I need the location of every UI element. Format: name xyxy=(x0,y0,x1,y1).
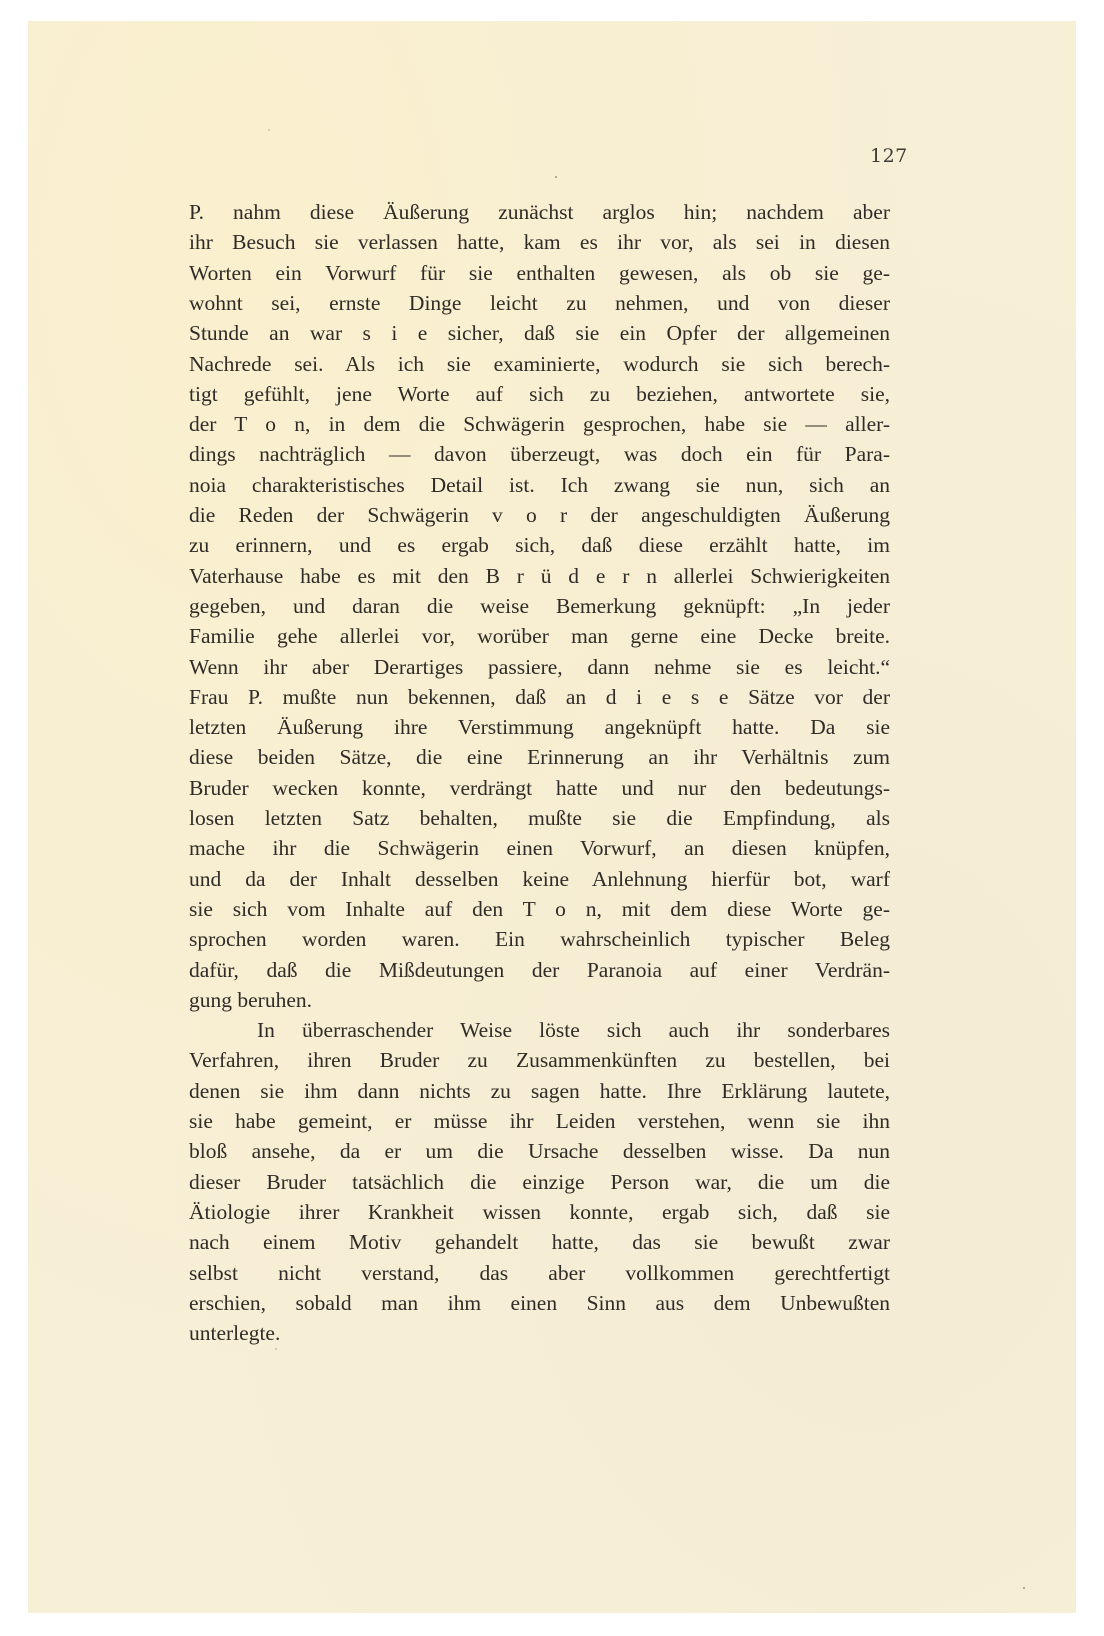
text-line: Verfahren, ihren Bruder zu Zusammenkünft… xyxy=(189,1045,890,1075)
text-line: zu erinnern, und es ergab sich, daß dies… xyxy=(189,530,890,560)
text-line: Familie gehe allerlei vor, worüber man g… xyxy=(189,621,890,651)
text-line: gung beruhen. xyxy=(189,985,890,1015)
text-line: noia charakteristisches Detail ist. Ich … xyxy=(189,470,890,500)
book-page: 127 P. nahm diese Äußerung zunächst argl… xyxy=(28,21,1076,1613)
text-line: die Reden der Schwägerin v o r der anges… xyxy=(189,500,890,530)
paper-speck xyxy=(1023,1587,1025,1589)
text-line: In überraschender Weise löste sich auch … xyxy=(189,1015,890,1045)
text-line: bloß ansehe, da er um die Ursache dessel… xyxy=(189,1136,890,1166)
text-line: sprochen worden waren. Ein wahrscheinlic… xyxy=(189,924,890,954)
text-line: denen sie ihm dann nichts zu sagen hatte… xyxy=(189,1076,890,1106)
text-line: sie habe gemeint, er müsse ihr Leiden ve… xyxy=(189,1106,890,1136)
text-line: Nachrede sei. Als ich sie examinierte, w… xyxy=(189,349,890,379)
text-line: Worten ein Vorwurf für sie enthalten gew… xyxy=(189,258,890,288)
text-line: nach einem Motiv gehandelt hatte, das si… xyxy=(189,1227,890,1257)
page-number: 127 xyxy=(870,145,908,167)
text-line: der T o n, in dem die Schwägerin gesproc… xyxy=(189,409,890,439)
text-line: selbst nicht verstand, das aber vollkomm… xyxy=(189,1258,890,1288)
text-line: Vaterhause habe es mit den B r ü d e r n… xyxy=(189,561,890,591)
text-line: dafür, daß die Mißdeutungen der Paranoia… xyxy=(189,955,890,985)
text-line: dings nachträglich — davon überzeugt, wa… xyxy=(189,439,890,469)
text-line: wohnt sei, ernste Dinge leicht zu nehmen… xyxy=(189,288,890,318)
text-line: tigt gefühlt, jene Worte auf sich zu bez… xyxy=(189,379,890,409)
text-line: unterlegte. xyxy=(189,1318,890,1348)
paper-speck xyxy=(275,1348,277,1350)
text-line: sie sich vom Inhalte auf den T o n, mit … xyxy=(189,894,890,924)
text-line: losen letzten Satz behalten, mußte sie d… xyxy=(189,803,890,833)
text-line: mache ihr die Schwägerin einen Vorwurf, … xyxy=(189,833,890,863)
text-line: dieser Bruder tatsächlich die einzige Pe… xyxy=(189,1167,890,1197)
paper-speck xyxy=(268,129,270,131)
text-line: erschien, sobald man ihm einen Sinn aus … xyxy=(189,1288,890,1318)
text-line: letzten Äußerung ihre Verstimmung angekn… xyxy=(189,712,890,742)
text-line: Frau P. mußte nun bekennen, daß an d i e… xyxy=(189,682,890,712)
text-line: ihr Besuch sie verlassen hatte, kam es i… xyxy=(189,227,890,257)
text-line: Stunde an war s i e sicher, daß sie ein … xyxy=(189,318,890,348)
text-line: gegeben, und daran die weise Bemerkung g… xyxy=(189,591,890,621)
paper-speck xyxy=(555,176,557,178)
text-line: P. nahm diese Äußerung zunächst arglos h… xyxy=(189,197,890,227)
text-line: und da der Inhalt desselben keine Anlehn… xyxy=(189,864,890,894)
text-line: Bruder wecken konnte, verdrängt hatte un… xyxy=(189,773,890,803)
text-line: diese beiden Sätze, die eine Erinnerung … xyxy=(189,742,890,772)
text-line: Wenn ihr aber Derartiges passiere, dann … xyxy=(189,652,890,682)
text-line: Ätiologie ihrer Krankheit wissen konnte,… xyxy=(189,1197,890,1227)
